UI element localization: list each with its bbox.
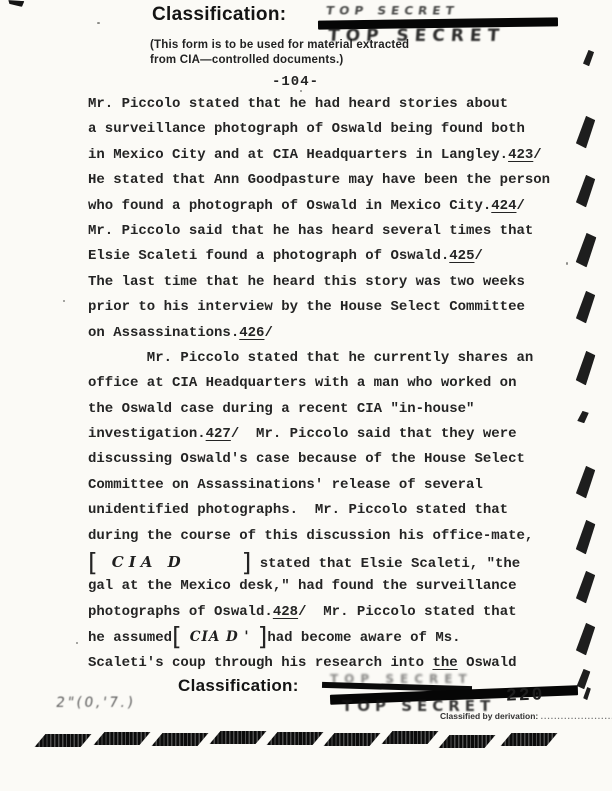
body-text-segment: gal at the Mexico desk," had found the s… (88, 578, 516, 594)
film-strip-mark (35, 734, 92, 747)
body-text-segment: Oswald (458, 655, 517, 671)
binder-mark (577, 410, 589, 424)
scan-speck (300, 90, 302, 92)
scan-speck (63, 300, 65, 302)
body-text-segment: discussing Oswald's case because of the … (88, 451, 525, 467)
body-line: he assumed[CIA D ']had become aware of M… (88, 629, 568, 654)
body-text-segment: had become aware of Ms. (267, 630, 460, 646)
body-text-segment: investigation. (88, 426, 206, 442)
body-text-segment: the Oswald case during a recent CIA "in-… (88, 401, 474, 417)
body-text-segment: a surveillance photograph of Oswald bein… (88, 121, 525, 137)
body-text-segment: / Mr. Piccolo said that they were (231, 426, 517, 442)
binder-mark (575, 622, 595, 656)
scan-speck (76, 642, 78, 644)
body-text-segment: stated that Elsie Scaleti, "the (251, 556, 520, 572)
page-stamp-number: 220 (506, 685, 545, 706)
body-text-segment: / Mr. Piccolo stated that (298, 604, 516, 620)
body-line: investigation.427/ Mr. Piccolo said that… (88, 426, 568, 451)
redaction-bracket: ] (258, 622, 268, 651)
body-text-segment: Committee on Assassinations' release of … (88, 477, 483, 493)
body-text-segment: who found a photograph of Oswald in Mexi… (88, 198, 491, 214)
film-strip-mark (210, 731, 267, 744)
body-line: Committee on Assassinations' release of … (88, 477, 568, 502)
binder-mark (575, 290, 595, 324)
body-line: He stated that Ann Goodpasture may have … (88, 172, 568, 197)
binder-mark (575, 232, 597, 268)
header-classification-label: Classification: (152, 4, 286, 26)
body-text-segment: Elsie Scaleti found a photograph of Oswa… (88, 248, 449, 264)
body-text-segment: unidentified photographs. Mr. Piccolo st… (88, 502, 508, 518)
page-number: -104- (272, 74, 319, 90)
footer-classification-label: Classification: (178, 676, 299, 696)
body-text-segment: in Mexico City and at CIA Headquarters i… (88, 147, 508, 163)
footnote-ref: 425 (449, 248, 474, 264)
binder-mark (575, 174, 595, 208)
classified-by-dotted-line: ......................... (541, 711, 612, 721)
body-text-segment: He stated that Ann Goodpasture may have … (88, 172, 550, 188)
footnote-ref: 428 (273, 604, 298, 620)
redaction-bracket: [ (88, 548, 98, 577)
pencil-annotation: 2"(0,'7.) (55, 695, 137, 711)
body-line: unidentified photographs. Mr. Piccolo st… (88, 502, 568, 527)
body-line: Mr. Piccolo said that he has heard sever… (88, 223, 568, 248)
film-strip-mark (94, 732, 151, 745)
binder-mark (575, 465, 595, 499)
body-line: Mr. Piccolo stated that he had heard sto… (88, 96, 568, 121)
form-note-line1: (This form is to be used for material ex… (150, 38, 450, 53)
footnote-ref: the (432, 655, 457, 671)
body-text-segment: / (264, 325, 272, 341)
body-line: discussing Oswald's case because of the … (88, 451, 568, 476)
scanned-document-page: Classification: TOP SECRET TOP SECRET (T… (0, 0, 612, 791)
scan-speck (566, 262, 568, 265)
body-line: who found a photograph of Oswald in Mexi… (88, 198, 568, 223)
footnote-ref: 427 (206, 426, 231, 442)
film-strip-mark (501, 733, 558, 746)
body-line: The last time that he heard this story w… (88, 274, 568, 299)
body-text-segment: on Assassinations. (88, 325, 239, 341)
header-classification-stamp-row1: TOP SECRET (325, 5, 459, 18)
document-body: Mr. Piccolo stated that he had heard sto… (88, 96, 568, 680)
handwritten-redaction-note: CIA D (98, 553, 242, 571)
film-strip-mark (439, 735, 496, 748)
body-text-segment: / (533, 147, 541, 163)
redaction-bracket: [ (172, 622, 182, 651)
body-line: Mr. Piccolo stated that he currently sha… (88, 350, 568, 375)
footnote-ref: 424 (491, 198, 516, 214)
body-text-segment: Mr. Piccolo stated that he had heard sto… (88, 96, 508, 112)
body-text-segment: The last time that he heard this story w… (88, 274, 525, 290)
body-text-segment: / (474, 248, 482, 264)
body-line: in Mexico City and at CIA Headquarters i… (88, 147, 568, 172)
body-line: Elsie Scaleti found a photograph of Oswa… (88, 248, 568, 273)
classified-by-derivation: Classified by derivation: ..............… (440, 711, 612, 721)
binder-mark (575, 115, 595, 149)
body-line: on Assassinations.426/ (88, 325, 568, 350)
body-text-segment: photographs of Oswald. (88, 604, 273, 620)
body-line: the Oswald case during a recent CIA "in-… (88, 401, 568, 426)
scan-artifact-corner-mark (8, 0, 25, 7)
handwritten-redaction-note: CIA D ' (182, 629, 258, 645)
form-note-line2: from CIA—controlled documents.) (150, 53, 450, 68)
body-text-segment: / (516, 198, 524, 214)
body-line: Scaleti's coup through his research into… (88, 655, 568, 680)
binder-mark (575, 519, 596, 555)
binder-mark (575, 350, 596, 386)
body-text-segment: during the course of this discussion his… (88, 528, 533, 544)
body-line: photographs of Oswald.428/ Mr. Piccolo s… (88, 604, 568, 629)
binder-mark (583, 49, 595, 66)
form-usage-note: (This form is to be used for material ex… (150, 38, 450, 68)
classified-by-label: Classified by derivation: (440, 711, 538, 721)
body-line: a surveillance photograph of Oswald bein… (88, 121, 568, 146)
body-text-segment: Mr. Piccolo said that he has heard sever… (88, 223, 533, 239)
film-strip-mark (324, 733, 381, 746)
body-text-segment: he assumed (88, 630, 172, 646)
footnote-ref: 423 (508, 147, 533, 163)
redaction-bracket: ] (242, 548, 252, 577)
film-strip-mark (267, 732, 324, 745)
body-line: office at CIA Headquarters with a man wh… (88, 375, 568, 400)
body-line: prior to his interview by the House Sele… (88, 299, 568, 324)
body-text-segment: office at CIA Headquarters with a man wh… (88, 375, 516, 391)
body-line: during the course of this discussion his… (88, 528, 568, 553)
binder-mark (575, 570, 595, 604)
body-line: [CIA D] stated that Elsie Scaleti, "the (88, 553, 568, 578)
binder-mark (576, 668, 590, 690)
film-strip-mark (382, 731, 439, 744)
scan-speck (97, 22, 100, 24)
body-line: gal at the Mexico desk," had found the s… (88, 578, 568, 603)
footnote-ref: 426 (239, 325, 264, 341)
body-text-segment: Mr. Piccolo stated that he currently sha… (88, 350, 533, 366)
film-strip-mark (152, 733, 209, 746)
body-text-segment: Scaleti's coup through his research into (88, 655, 432, 671)
body-text-segment: prior to his interview by the House Sele… (88, 299, 525, 315)
